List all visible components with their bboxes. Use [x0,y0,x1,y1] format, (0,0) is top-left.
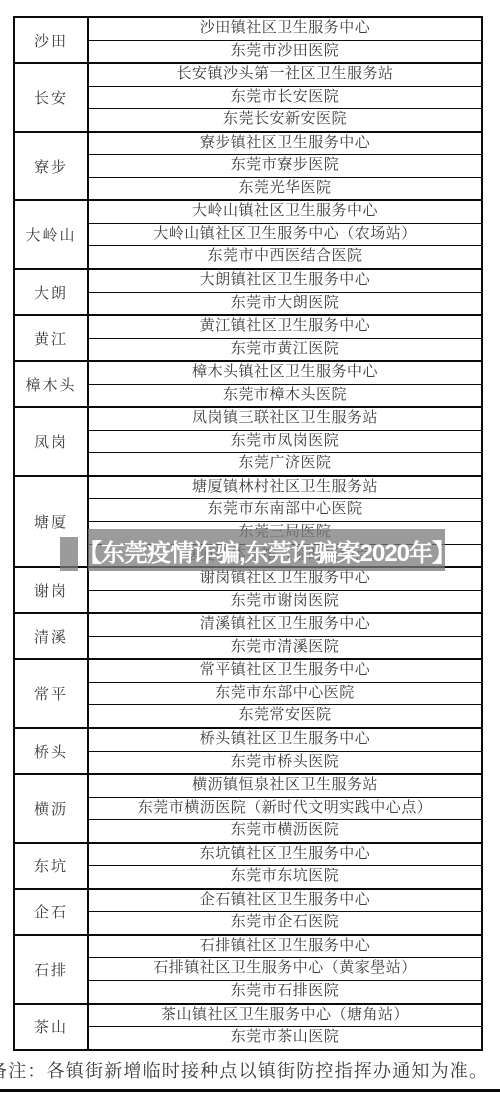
facility-cell: 东莞常安医院 [89,705,481,727]
footnote-text: 备注：各镇街新增临时接种点以镇街防控指挥办通知为准。 [0,1057,488,1083]
facility-cell: 石排镇社区卫生服务中心（黄家壆站） [89,958,481,981]
facility-cell: 东莞市企石医院 [89,912,481,934]
facility-cell: 东莞市黄江医院 [89,339,481,361]
facility-list: 茶山镇社区卫生服务中心（塘角站）东莞市茶山医院 [89,1005,481,1049]
town-name-cell: 东坑 [15,844,89,888]
facility-list: 凤岗镇三联社区卫生服务站东莞市凤岗医院东莞广济医院 [89,408,481,475]
town-name-cell: 大岭山 [15,201,89,268]
facility-list: 谢岗镇社区卫生服务中心东莞市谢岗医院 [89,568,481,612]
town-name-cell: 寮步 [15,133,89,200]
town-name-cell: 石排 [15,936,89,1003]
facility-cell: 大岭山镇社区卫生服务中心（农场站） [89,224,481,247]
town-row: 黄江 黄江镇社区卫生服务中心东莞市黄江医院 [15,316,481,362]
facility-list: 石排镇社区卫生服务中心石排镇社区卫生服务中心（黄家壆站）东莞市石排医院 [89,936,481,1003]
facility-cell: 寮步镇社区卫生服务中心 [89,133,481,156]
facility-cell: 东莞市东部中心医院 [89,683,481,706]
facility-list: 东坑镇社区卫生服务中心东莞市东坑医院 [89,844,481,888]
facility-cell: 大朗镇社区卫生服务中心 [89,270,481,293]
facility-cell: 黄江镇社区卫生服务中心 [89,316,481,339]
facility-cell: 东莞长安新安医院 [89,109,481,131]
facility-cell: 东坑镇社区卫生服务中心 [89,844,481,867]
facility-cell: 东莞市石排医院 [89,981,481,1003]
facility-list: 大朗镇社区卫生服务中心东莞市大朗医院 [89,270,481,314]
town-name-cell: 大朗 [15,270,89,314]
facility-cell: 谢岗镇社区卫生服务中心 [89,568,481,591]
facility-cell: 东莞市清溪医院 [89,637,481,659]
town-name-cell: 清溪 [15,614,89,658]
town-row: 长安 长安镇沙头第一社区卫生服务站东莞市长安医院东莞长安新安医院 [15,64,481,133]
facility-cell: 东莞市东南部中心医院 [89,499,481,522]
facility-list: 大岭山镇社区卫生服务中心大岭山镇社区卫生服务中心（农场站）东莞市中西医结合医院 [89,201,481,268]
watermark-text: 【东莞疫情诈骗,东莞诈骗案2020年】 [78,533,455,568]
town-row: 沙田 沙田镇社区卫生服务中心东莞市沙田医院 [15,18,481,64]
town-name-cell: 樟木头 [15,362,89,406]
bottom-border-line [0,1089,500,1092]
facility-list: 常平镇社区卫生服务中心东莞市东部中心医院东莞常安医院 [89,660,481,727]
town-row: 凤岗 凤岗镇三联社区卫生服务站东莞市凤岗医院东莞广济医院 [15,408,481,477]
facility-cell: 塘厦镇林村社区卫生服务站 [89,477,481,500]
town-row: 东坑 东坑镇社区卫生服务中心东莞市东坑医院 [15,844,481,890]
facility-cell: 东莞市桥头医院 [89,752,481,774]
facility-list: 沙田镇社区卫生服务中心东莞市沙田医院 [89,18,481,62]
facility-list: 黄江镇社区卫生服务中心东莞市黄江医院 [89,316,481,360]
facility-list: 桥头镇社区卫生服务中心东莞市桥头医院 [89,729,481,773]
facility-cell: 长安镇沙头第一社区卫生服务站 [89,64,481,87]
facility-cell: 东莞市凤岗医院 [89,431,481,454]
town-row: 樟木头 樟木头镇社区卫生服务中心东莞市樟木头医院 [15,362,481,408]
town-name-cell: 黄江 [15,316,89,360]
facility-cell: 东莞市大朗医院 [89,293,481,315]
town-name-cell: 常平 [15,660,89,727]
facility-cell: 东莞市横沥医院 [89,820,481,842]
facility-list: 樟木头镇社区卫生服务中心东莞市樟木头医院 [89,362,481,406]
facility-list: 清溪镇社区卫生服务中心东莞市清溪医院 [89,614,481,658]
facility-cell: 沙田镇社区卫生服务中心 [89,18,481,41]
town-row: 企石 企石镇社区卫生服务中心东莞市企石医院 [15,890,481,936]
facility-cell: 东莞市茶山医院 [89,1027,481,1049]
page: 沙田 沙田镇社区卫生服务中心东莞市沙田医院 长安 长安镇沙头第一社区卫生服务站东… [0,0,500,1101]
town-row: 石排 石排镇社区卫生服务中心石排镇社区卫生服务中心（黄家壆站）东莞市石排医院 [15,936,481,1005]
facility-cell: 常平镇社区卫生服务中心 [89,660,481,683]
facility-cell: 石排镇社区卫生服务中心 [89,936,481,959]
facility-cell: 桥头镇社区卫生服务中心 [89,729,481,752]
watermark-banner: 【东莞疫情诈骗,东莞诈骗案2020年】 [88,529,445,571]
facility-cell: 横沥镇恒泉社区卫生服务站 [89,775,481,798]
town-row: 大朗 大朗镇社区卫生服务中心东莞市大朗医院 [15,270,481,316]
town-row: 桥头 桥头镇社区卫生服务中心东莞市桥头医院 [15,729,481,775]
facility-list: 寮步镇社区卫生服务中心东莞市寮步医院东莞光华医院 [89,133,481,200]
watermark-fragment [60,537,78,571]
town-row: 清溪 清溪镇社区卫生服务中心东莞市清溪医院 [15,614,481,660]
facility-cell: 樟木头镇社区卫生服务中心 [89,362,481,385]
town-name-cell: 企石 [15,890,89,934]
facility-list: 企石镇社区卫生服务中心东莞市企石医院 [89,890,481,934]
town-name-cell: 沙田 [15,18,89,62]
town-name-cell: 桥头 [15,729,89,773]
facility-cell: 东莞市东坑医院 [89,866,481,888]
facility-cell: 东莞市横沥医院（新时代文明实践中心点） [89,798,481,821]
town-name-cell: 谢岗 [15,568,89,612]
facility-cell: 东莞市中西医结合医院 [89,246,481,268]
facility-cell: 大岭山镇社区卫生服务中心 [89,201,481,224]
town-name-cell: 凤岗 [15,408,89,475]
town-name-cell: 横沥 [15,775,89,842]
town-name-cell: 长安 [15,64,89,131]
facility-cell: 企石镇社区卫生服务中心 [89,890,481,913]
facility-cell: 茶山镇社区卫生服务中心（塘角站） [89,1005,481,1028]
facility-cell: 东莞市寮步医院 [89,155,481,178]
facility-cell: 东莞市沙田医院 [89,41,481,63]
facility-list: 横沥镇恒泉社区卫生服务站东莞市横沥医院（新时代文明实践中心点）东莞市横沥医院 [89,775,481,842]
facility-list: 长安镇沙头第一社区卫生服务站东莞市长安医院东莞长安新安医院 [89,64,481,131]
town-row: 谢岗 谢岗镇社区卫生服务中心东莞市谢岗医院 [15,568,481,614]
town-row: 横沥 横沥镇恒泉社区卫生服务站东莞市横沥医院（新时代文明实践中心点）东莞市横沥医… [15,775,481,844]
footnote-row: 备注：各镇街新增临时接种点以镇街防控指挥办通知为准。 [0,1051,500,1089]
facility-cell: 东莞广济医院 [89,453,481,475]
town-name-cell: 茶山 [15,1005,89,1049]
town-row: 茶山 茶山镇社区卫生服务中心（塘角站）东莞市茶山医院 [15,1005,481,1049]
facility-cell: 凤岗镇三联社区卫生服务站 [89,408,481,431]
town-row: 大岭山 大岭山镇社区卫生服务中心大岭山镇社区卫生服务中心（农场站）东莞市中西医结… [15,201,481,270]
facility-cell: 东莞市长安医院 [89,87,481,110]
town-row: 常平 常平镇社区卫生服务中心东莞市东部中心医院东莞常安医院 [15,660,481,729]
facility-cell: 东莞光华医院 [89,178,481,200]
town-row: 寮步 寮步镇社区卫生服务中心东莞市寮步医院东莞光华医院 [15,133,481,202]
facility-cell: 东莞市樟木头医院 [89,385,481,407]
facility-cell: 清溪镇社区卫生服务中心 [89,614,481,637]
facility-cell: 东莞市谢岗医院 [89,591,481,613]
